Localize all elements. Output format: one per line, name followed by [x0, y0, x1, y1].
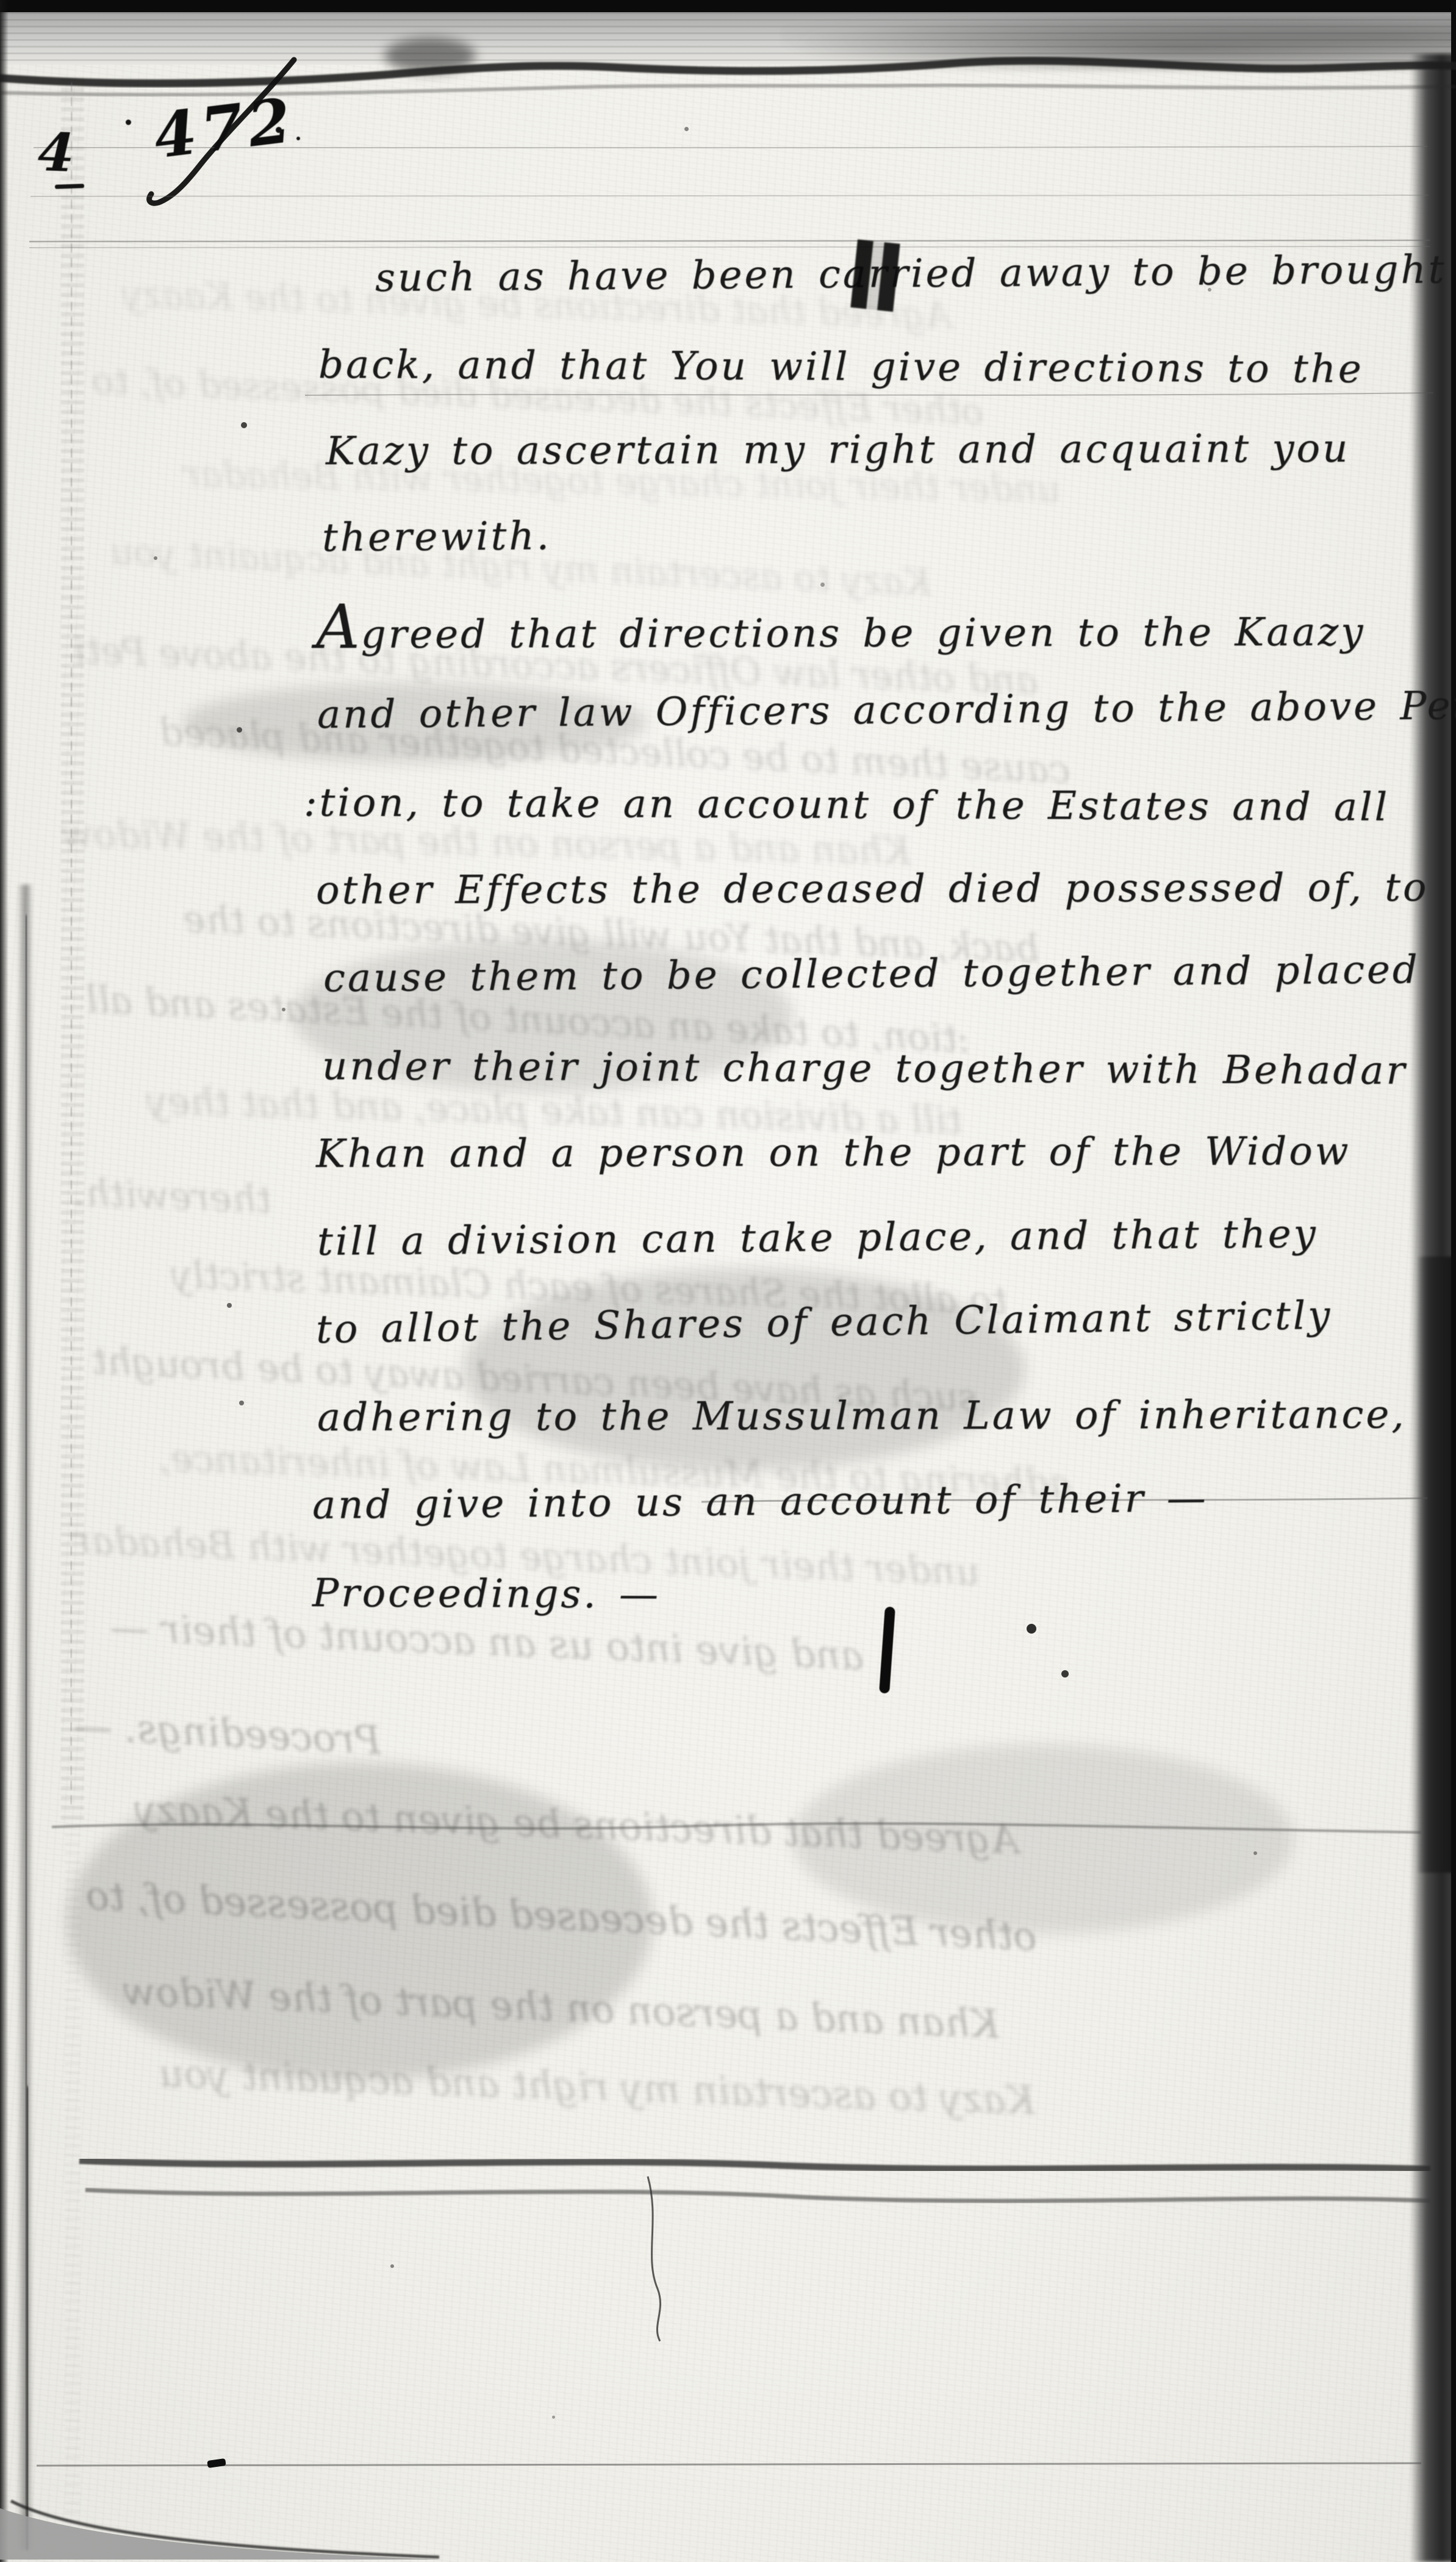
text-line: Kazy to ascertain my right and acquaint …	[326, 429, 1350, 471]
text-line: such as have been carried away to be bro…	[375, 250, 1447, 298]
top-right-dark-blotch	[781, 13, 1456, 71]
bleed-smudge-patch	[793, 1745, 1293, 1934]
ink-dot	[227, 1303, 232, 1308]
manuscript-scan-page: Agreed that directions be given to the K…	[0, 0, 1456, 2562]
text-line: therewith.	[322, 517, 551, 558]
scan-edge-left	[0, 0, 9, 2562]
ink-dot	[1061, 1670, 1069, 1677]
ink-dot	[239, 1401, 244, 1405]
ink-blot-overwrite-mark	[850, 239, 902, 312]
binding-gutter-shadow	[17, 884, 33, 2550]
text-line: adhering to the Mussulman Law of inherit…	[317, 1395, 1407, 1437]
text-line: Agreed that directions be given to the K…	[316, 602, 1365, 655]
ink-dot	[296, 137, 300, 140]
ink-dot	[237, 727, 242, 733]
bleed-through-text: therewith.	[73, 1174, 272, 1219]
ink-dot	[282, 1008, 285, 1011]
top-ink-blob	[384, 38, 476, 73]
page-edge-shadow-right-dark	[1416, 1257, 1456, 1873]
scan-edge-right	[1451, 0, 1456, 2562]
page-number: 4	[37, 126, 76, 180]
ink-dot	[1027, 1624, 1036, 1634]
ink-dot	[390, 2264, 394, 2268]
text-line: Khan and a person on the part of the Wid…	[316, 1132, 1351, 1174]
ink-dot	[1253, 1851, 1257, 1855]
ink-dot	[1208, 288, 1211, 292]
ink-dot	[241, 422, 247, 428]
text-line: and other law Officers according to the …	[317, 686, 1456, 734]
text-line: cause them to be collected together and …	[323, 950, 1420, 998]
text-line: :tion, to take an account of the Estates…	[304, 783, 1390, 827]
text-line: under their joint charge together with B…	[322, 1047, 1407, 1091]
ink-dot	[684, 127, 689, 131]
ink-dot	[552, 2416, 555, 2419]
text-line: back, and that You will give directions …	[318, 345, 1364, 389]
ink-dot	[276, 127, 282, 133]
bleed-smudge-patch	[67, 1763, 653, 2080]
text-line: other Effects the deceased died possesse…	[316, 868, 1429, 910]
ink-dot	[154, 556, 157, 560]
text-line: Proceedings. —	[312, 1574, 661, 1614]
ink-dot	[126, 120, 131, 125]
scan-edge-top	[0, 0, 1456, 12]
ink-dot	[820, 583, 825, 587]
text-line: and give into us an account of their —	[312, 1479, 1208, 1525]
text-line: till a division can take place, and that…	[317, 1215, 1318, 1261]
